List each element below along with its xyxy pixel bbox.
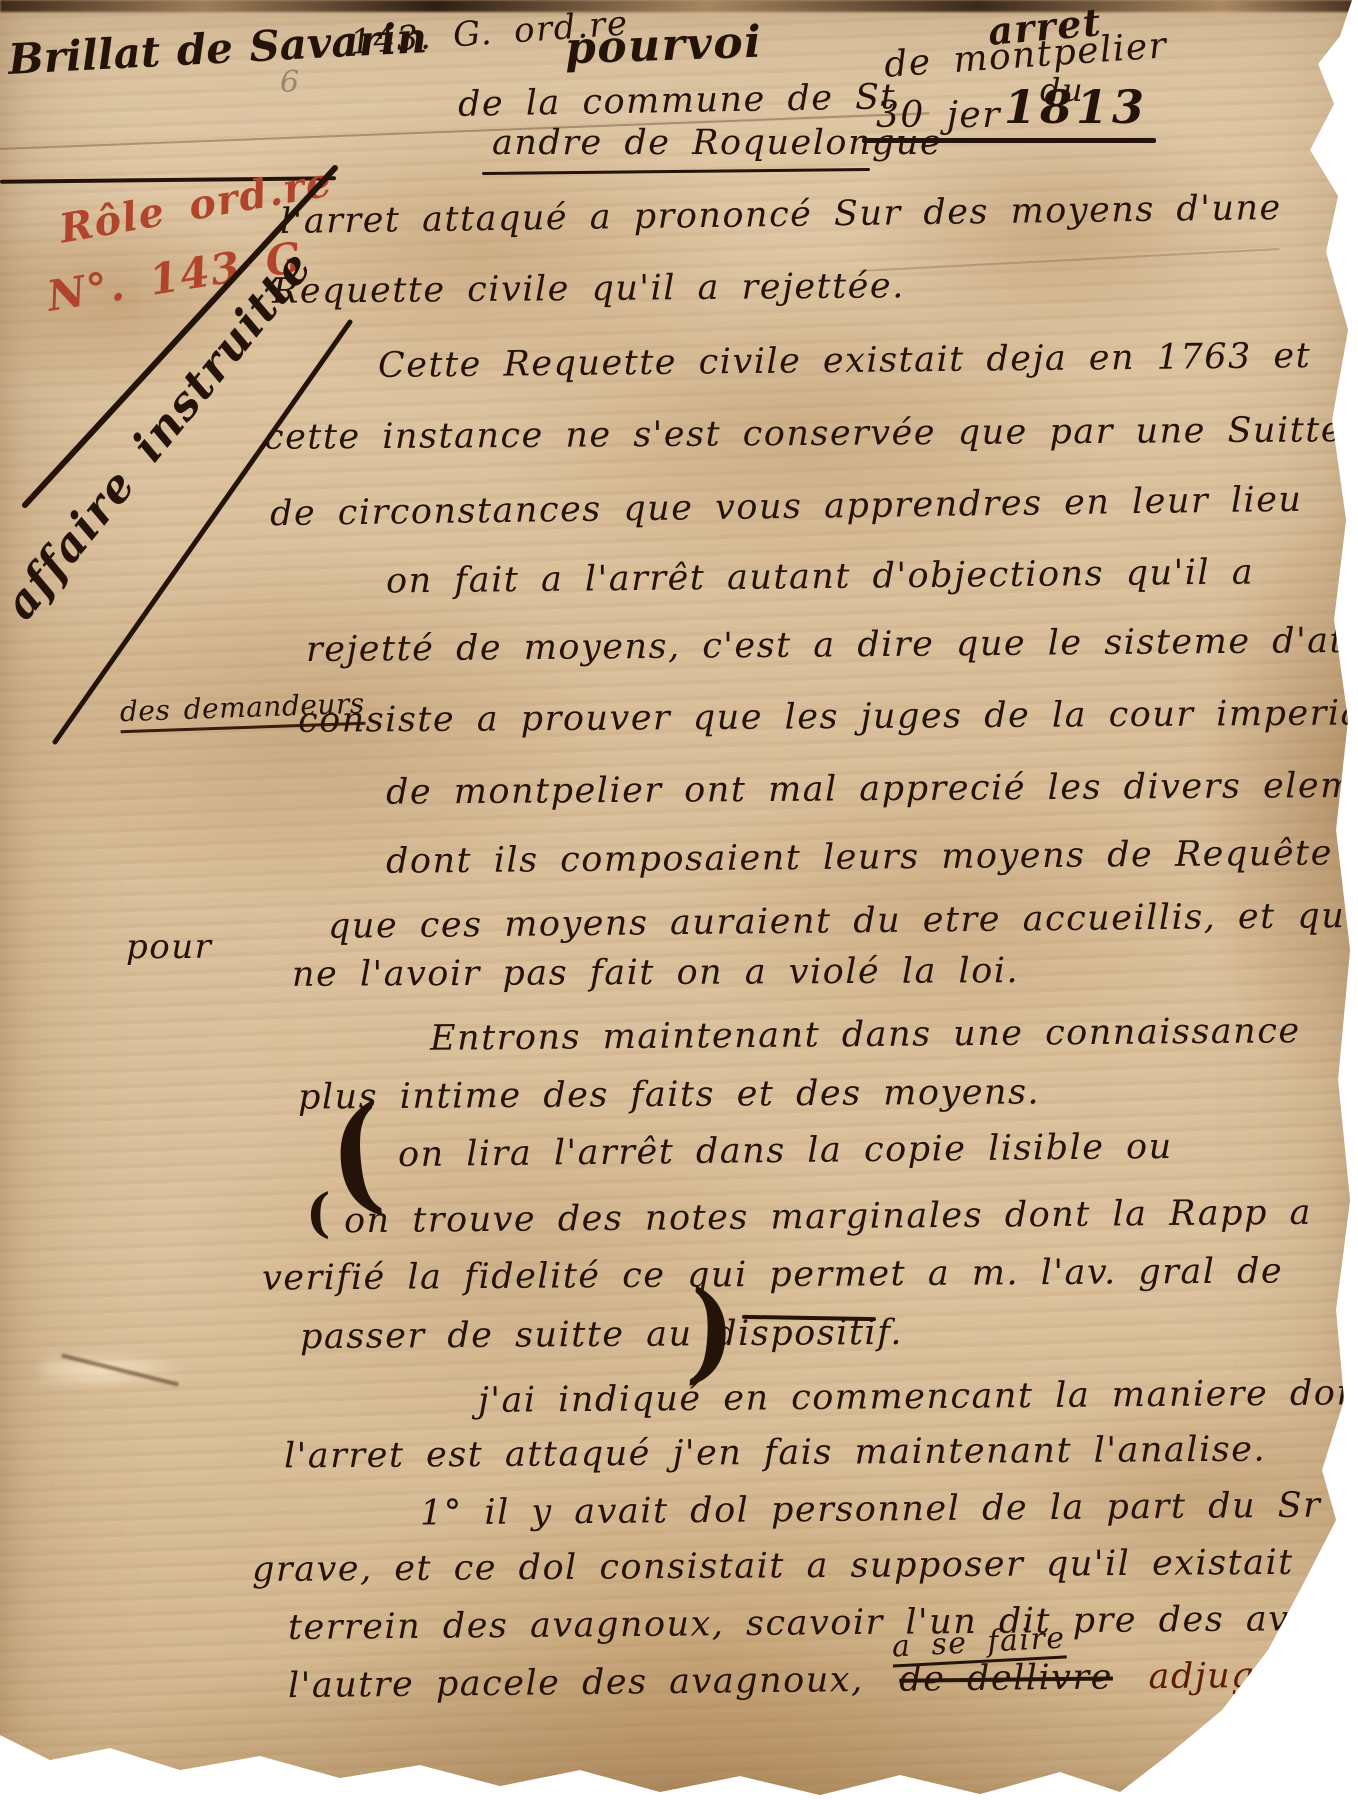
manuscript-line: grave, et ce dol consistait a supposer q…	[252, 1545, 1358, 1588]
manuscript-line: consiste a prouver que les juges de la c…	[298, 696, 1358, 739]
manuscript-line: passer de suitte au dispositif.	[300, 1316, 903, 1355]
manuscript-line: cette instance ne s'est conservée que pa…	[264, 413, 1343, 456]
manuscript-line: l'arret attaqué a prononcé Sur des moyen…	[280, 191, 1282, 240]
manuscript-line: j'ai indiqué en commencant la maniere do…	[478, 1376, 1358, 1419]
manuscript-line-last: l'autre pacele des avagnoux, de dellivre…	[288, 1657, 1358, 1704]
last-line-prefix: l'autre pacele des avagnoux,	[288, 1660, 864, 1706]
torn-top-edge	[0, 0, 1358, 12]
manuscript-line: on trouve des notes marginales dont la R…	[344, 1196, 1312, 1239]
manuscript-line: Cette Requette civile existait deja en 1…	[378, 339, 1312, 384]
manuscript-line: 1° il y avait dol personnel de la part d…	[420, 1488, 1358, 1532]
margin-note-pour: pour	[126, 930, 212, 964]
manuscript-line: Entrons maintenant dans une connaissance	[430, 1014, 1301, 1057]
manuscript-line: dont ils composaient leurs moyens de Req…	[386, 835, 1358, 879]
paper-sheet: Brillat de Savarin 6 143. G. ord.re pour…	[0, 0, 1358, 1800]
title-pourvoi: pourvoi	[564, 21, 763, 72]
manuscript-line: verifié la fidelité ce qui permet a m. l…	[262, 1254, 1283, 1296]
party-line-1: de la commune de St	[458, 80, 897, 123]
manuscript-line: rejetté de moyens, c'est a dire que le s…	[306, 623, 1358, 668]
paper-crease	[860, 248, 1280, 272]
party-line-2: andre de Roquelongue	[492, 126, 942, 161]
manuscript-line: l'arret est attaqué j'en fais maintenant…	[284, 1433, 1266, 1475]
arret-city: de montpelier	[883, 28, 1168, 84]
parenthesis-close-large: )	[685, 1275, 741, 1388]
manuscript-line: plus intime des faits et des moyens.	[298, 1075, 1040, 1115]
last-line-suffix: adjuger lui par	[1148, 1654, 1358, 1697]
pencil-mark: 6	[280, 68, 301, 98]
manuscript-line: on lira l'arrêt dans la copie lisible ou	[398, 1130, 1173, 1173]
arret-year: 1813	[1004, 84, 1148, 130]
manuscript-scan: Brillat de Savarin 6 143. G. ord.re pour…	[0, 0, 1358, 1800]
manuscript-line: de montpelier ont mal apprecié les diver…	[386, 768, 1358, 810]
manuscript-line: on fait a l'arrêt autant d'objections qu…	[386, 555, 1254, 599]
manuscript-line: de circonstances que vous apprendres en …	[270, 483, 1303, 532]
arret-day: 30 jer	[876, 98, 1001, 134]
struck-word: de dellivre	[899, 1657, 1113, 1699]
manuscript-line: ne l'avoir pas fait on a violé la loi.	[292, 954, 1019, 993]
arret-underline	[862, 138, 1156, 143]
parenthesis-open-small: (	[306, 1188, 332, 1240]
manuscript-line: Requette civile qu'il a rejettée.	[272, 269, 905, 310]
manuscript-line: que ces moyens auraient du etre accueill…	[328, 898, 1358, 944]
manuscript-line: terrein des avagnoux, scavoir l'un dit p…	[288, 1601, 1358, 1646]
party-underline	[482, 168, 870, 175]
